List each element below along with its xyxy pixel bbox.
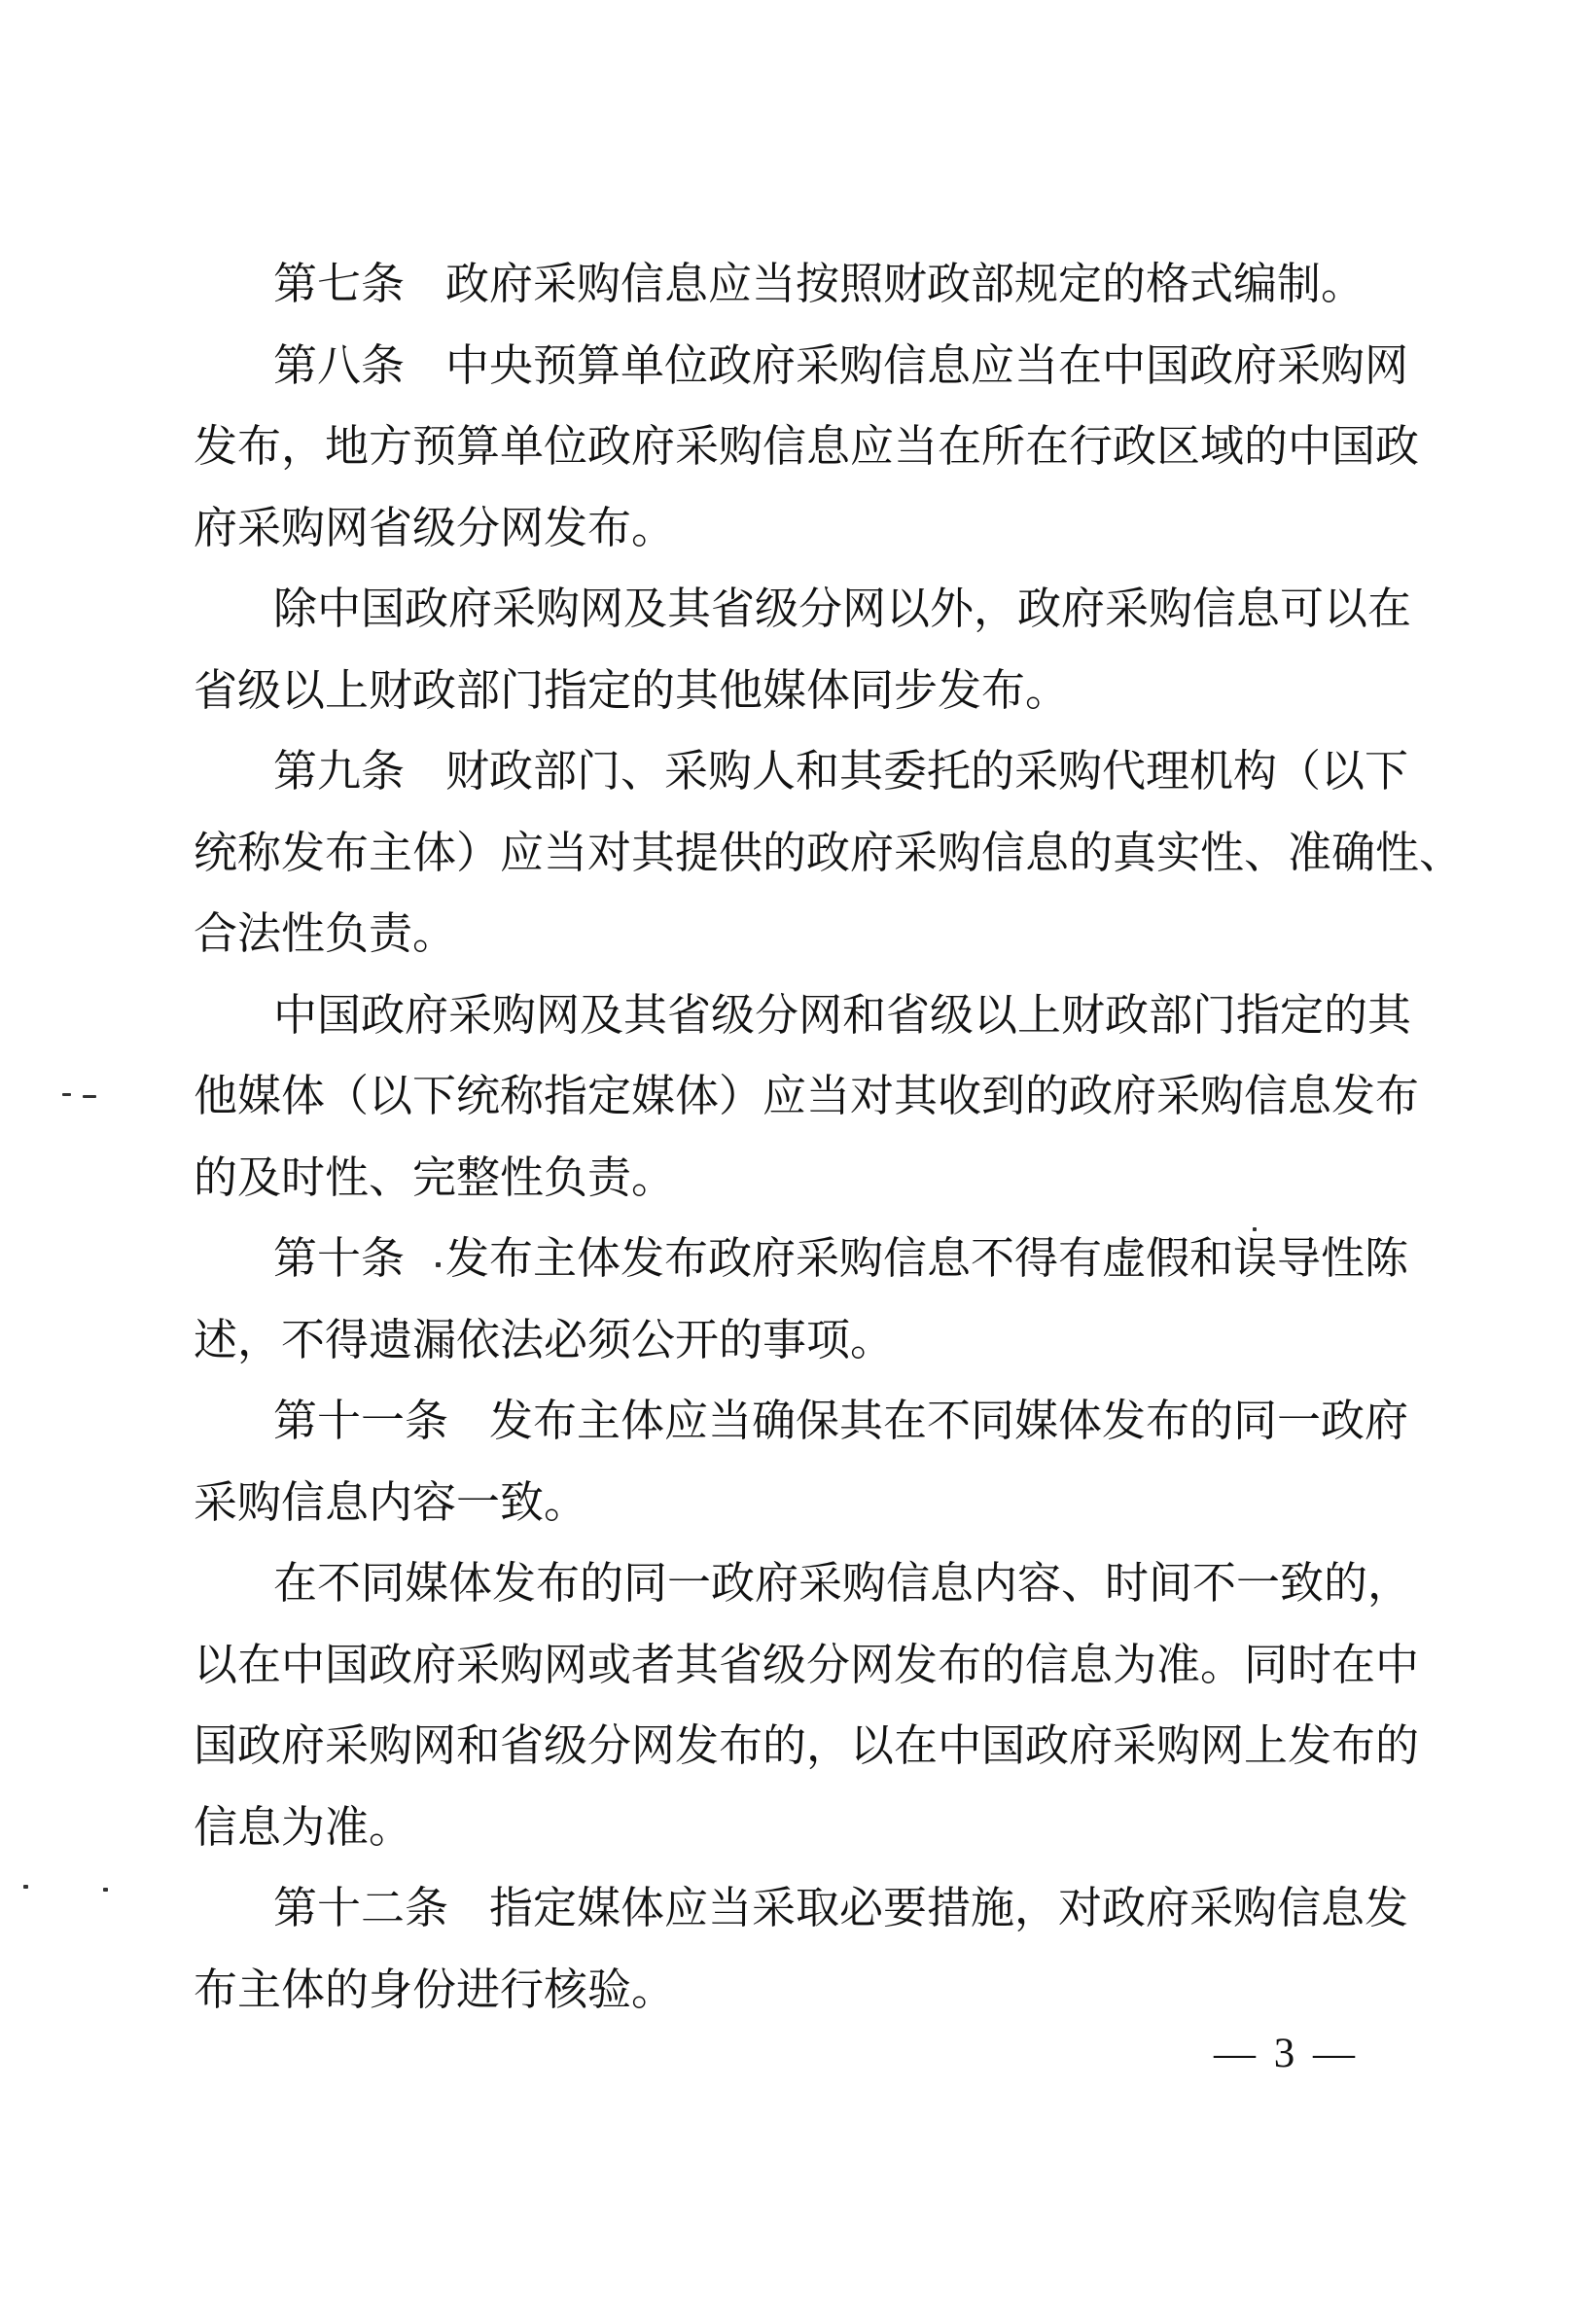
article-number: 第十二条 [273,1884,448,1932]
line-text: 中国政府采购网及其省级分网和省级以上财政部门指定的其 [273,991,1411,1040]
line-text: 述，不得遗漏依法必须公开的事项。 [194,1316,894,1364]
article-number: 第八条 [273,341,405,390]
paragraph-line: 中国政府采购网及其省级分网和省级以上财政部门指定的其 [194,975,1487,1057]
line-text: 发布主体发布政府采购信息不得有虚假和误导性陈 [445,1234,1408,1283]
line-text: 发布主体应当确保其在不同媒体发布的同一政府 [489,1397,1408,1445]
paragraph-line: 布主体的身份进行核验。 [194,1950,1487,2032]
line-text: 合法性负责。 [194,909,456,958]
paragraph-line: 第十一条发布主体应当确保其在不同媒体发布的同一政府 [194,1381,1487,1463]
scanned-document-page: 第七条政府采购信息应当按照财政部规定的格式编制。 第八条中央预算单位政府采购信息… [0,0,1596,2302]
paragraph-line: 述，不得遗漏依法必须公开的事项。 [194,1300,1487,1382]
paragraph-line: 第八条中央预算单位政府采购信息应当在中国政府采购网 [194,326,1487,407]
scan-speck [23,1885,28,1889]
paragraph-line: 发布，地方预算单位政府采购信息应当在所在行政区域的中国政 [194,407,1487,488]
article-number: 第九条 [273,747,405,796]
document-text-block: 第七条政府采购信息应当按照财政部规定的格式编制。 第八条中央预算单位政府采购信息… [194,244,1487,2031]
line-text: 政府采购信息应当按照财政部规定的格式编制。 [445,260,1365,308]
paragraph-line: 府采购网省级分网发布。 [194,488,1487,570]
paragraph-line: 除中国政府采购网及其省级分网以外，政府采购信息可以在 [194,569,1487,651]
page-number: — 3 — [1214,2030,1359,2077]
paragraph-line: 以在中国政府采购网或者其省级分网发布的信息为准。同时在中 [194,1625,1487,1707]
paragraph-line: 第十条发布主体发布政府采购信息不得有虚假和误导性陈 [194,1219,1487,1300]
line-text: 的及时性、完整性负责。 [194,1153,675,1202]
paragraph-line: 第九条财政部门、采购人和其委托的采购代理机构（以下 [194,731,1487,813]
scan-speck [1253,1227,1257,1231]
paragraph-line: 他媒体（以下统称指定媒体）应当对其收到的政府采购信息发布 [194,1056,1487,1138]
scan-speck [62,1093,71,1096]
line-text: 以在中国政府采购网或者其省级分网发布的信息为准。同时在中 [194,1641,1419,1689]
line-text: 中央预算单位政府采购信息应当在中国政府采购网 [445,341,1408,390]
paragraph-line: 信息为准。 [194,1788,1487,1869]
article-number: 第十条 [273,1234,405,1283]
article-number: 第十一条 [273,1397,448,1445]
line-text: 布主体的身份进行核验。 [194,1966,675,2014]
paragraph-line: 采购信息内容一致。 [194,1463,1487,1544]
line-text: 在不同媒体发布的同一政府采购信息内容、时间不一致的， [273,1559,1411,1608]
line-text: 国政府采购网和省级分网发布的，以在中国政府采购网上发布的 [194,1721,1419,1770]
article-number: 第七条 [273,260,405,308]
paragraph-line: 省级以上财政部门指定的其他媒体同步发布。 [194,651,1487,732]
scan-speck [103,1888,108,1892]
paragraph-line: 合法性负责。 [194,894,1487,975]
paragraph-line: 第十二条指定媒体应当采取必要措施，对政府采购信息发 [194,1868,1487,1950]
paragraph-line: 第七条政府采购信息应当按照财政部规定的格式编制。 [194,244,1487,326]
line-text: 府采购网省级分网发布。 [194,504,675,552]
paragraph-line: 国政府采购网和省级分网发布的，以在中国政府采购网上发布的 [194,1706,1487,1788]
paragraph-line: 统称发布主体）应当对其提供的政府采购信息的真实性、准确性、 [194,813,1487,895]
line-text: 统称发布主体）应当对其提供的政府采购信息的真实性、准确性、 [194,829,1463,877]
scan-speck [436,1262,441,1267]
scan-speck [83,1095,96,1098]
line-text: 指定媒体应当采取必要措施，对政府采购信息发 [489,1884,1408,1932]
paragraph-line: 的及时性、完整性负责。 [194,1138,1487,1220]
line-text: 财政部门、采购人和其委托的采购代理机构（以下 [445,747,1408,796]
line-text: 省级以上财政部门指定的其他媒体同步发布。 [194,666,1069,715]
paragraph-line: 在不同媒体发布的同一政府采购信息内容、时间不一致的， [194,1543,1487,1625]
line-text: 采购信息内容一致。 [194,1478,587,1527]
line-text: 除中国政府采购网及其省级分网以外，政府采购信息可以在 [273,584,1411,633]
line-text: 发布，地方预算单位政府采购信息应当在所在行政区域的中国政 [194,422,1419,471]
line-text: 他媒体（以下统称指定媒体）应当对其收到的政府采购信息发布 [194,1072,1419,1120]
line-text: 信息为准。 [194,1803,412,1852]
